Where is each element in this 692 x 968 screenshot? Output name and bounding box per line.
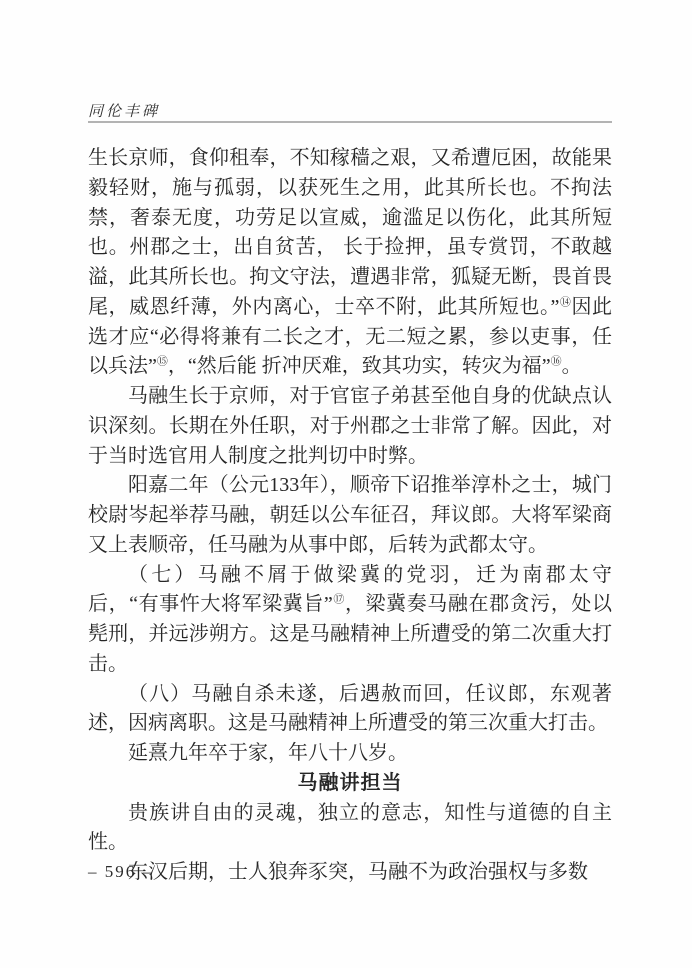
paragraph: （七）马融不屑于做梁冀的党羽，迁为南郡太守后，“有事忤大将军梁冀旨”⑰，梁冀奏马… <box>88 561 612 680</box>
paragraph: 东汉后期，士人狼奔豕突，马融不为政治强权与多数 <box>88 858 612 888</box>
paragraph: 阳嘉二年（公元133年），顺帝下诏推举淳朴之士，城门校尉岑起举荐马融，朝廷以公车… <box>88 471 612 560</box>
running-head: 同伦丰碑 <box>88 100 160 121</box>
paragraph: 贵族讲自由的灵魂，独立的意志，知性与道德的自主性。 <box>88 799 612 859</box>
section-heading: 马融讲担当 <box>88 769 612 799</box>
paragraph: 生长京师，食仰租奉，不知稼穑之艰，又希遭厄困，故能果毅轻财，施与孤弱，以获死生之… <box>88 144 612 382</box>
paragraph: （八）马融自杀未遂，后遇赦而回，任议郎，东观著述，因病离职。这是马融精神上所遭受… <box>88 680 612 740</box>
footnote-ref: ⑮ <box>157 356 168 368</box>
paragraph: 马融生长于京师，对于官宦子弟甚至他自身的优缺点认识深刻。长期在外任职，对于州郡之… <box>88 382 612 471</box>
footnote-ref: ⑭ <box>559 296 571 308</box>
footnote-ref: ⑰ <box>333 594 345 606</box>
page-number: – 596 – <box>88 862 153 882</box>
header-divider <box>88 121 612 123</box>
text-body: 生长京师，食仰租奉，不知稼穑之艰，又希遭厄困，故能果毅轻财，施与孤弱，以获死生之… <box>88 144 612 888</box>
footnote-ref: ⑯ <box>551 356 562 368</box>
book-page: 同伦丰碑 生长京师，食仰租奉，不知稼穑之艰，又希遭厄困，故能果毅轻财，施与孤弱，… <box>0 0 692 968</box>
paragraph: 延熹九年卒于家，年八十八岁。 <box>88 739 612 769</box>
